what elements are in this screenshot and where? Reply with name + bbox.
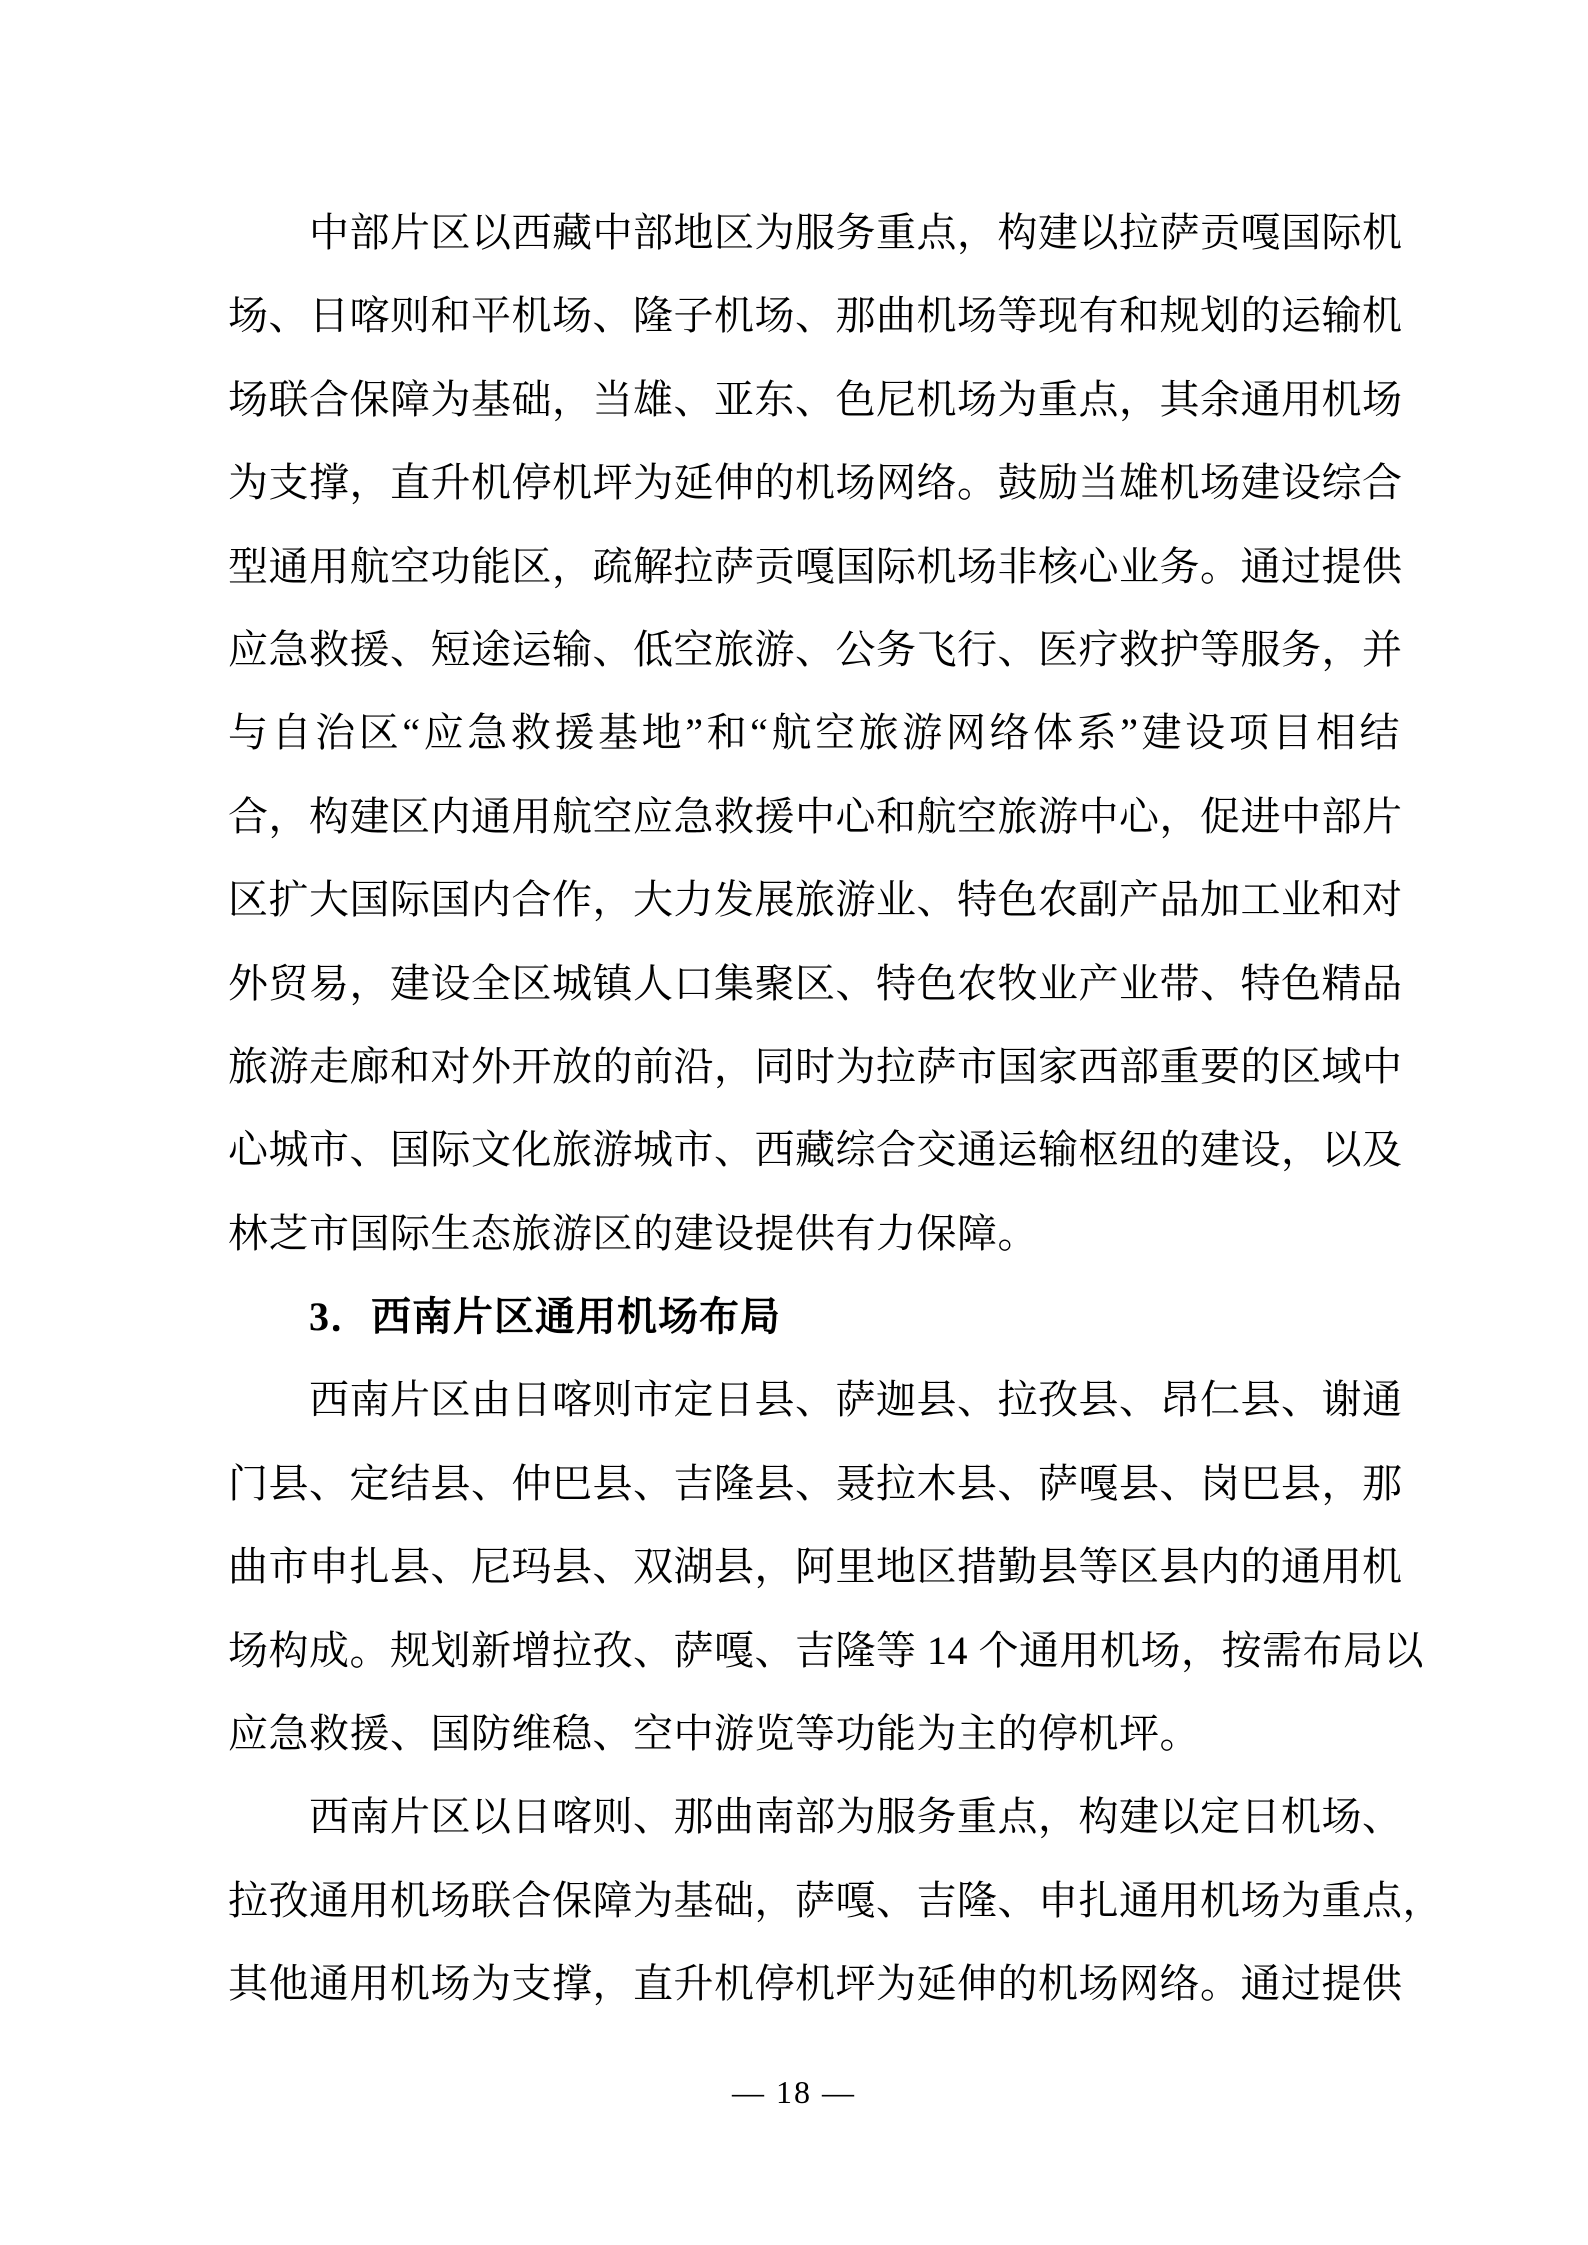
text-line: 西南片区以日喀则、那曲南部为服务重点，构建以定日机场、 <box>228 1775 1400 1858</box>
text-line: 曲市申扎县、尼玛县、双湖县，阿里地区措勤县等区县内的通用机 <box>228 1525 1400 1608</box>
text-line: 为支撑，直升机停机坪为延伸的机场网络。鼓励当雄机场建设综合 <box>228 441 1400 524</box>
text-line: 外贸易，建设全区城镇人口集聚区、特色农牧业产业带、特色精品 <box>228 942 1400 1025</box>
page-footer: — 18 — <box>0 2062 1588 2122</box>
text-line: 林芝市国际生态旅游区的建设提供有力保障。 <box>228 1192 1400 1275</box>
text-line: 旅游走廊和对外开放的前沿，同时为拉萨市国家西部重要的区域中 <box>228 1025 1400 1108</box>
text-line: 合，构建区内通用航空应急救援中心和航空旅游中心，促进中部片 <box>228 775 1400 858</box>
text-block: 中部片区以西藏中部地区为服务重点，构建以拉萨贡嘎国际机场、日喀则和平机场、隆子机… <box>228 191 1400 2026</box>
text-line: 区扩大国际国内合作，大力发展旅游业、特色农副产品加工业和对 <box>228 858 1400 941</box>
text-line: 场构成。规划新增拉孜、萨嘎、吉隆等 14 个通用机场，按需布局以 <box>228 1609 1400 1692</box>
text-line: 型通用航空功能区，疏解拉萨贡嘎国际机场非核心业务。通过提供 <box>228 525 1400 608</box>
section-heading: 3．西南片区通用机场布局 <box>228 1275 1400 1358</box>
text-line: 场、日喀则和平机场、隆子机场、那曲机场等现有和规划的运输机 <box>228 274 1400 357</box>
text-line: 门县、定结县、仲巴县、吉隆县、聂拉木县、萨嘎县、岗巴县，那 <box>228 1442 1400 1525</box>
text-line: 西南片区由日喀则市定日县、萨迦县、拉孜县、昂仁县、谢通 <box>228 1358 1400 1441</box>
text-line: 场联合保障为基础，当雄、亚东、色尼机场为重点，其余通用机场 <box>228 358 1400 441</box>
document-page: 中部片区以西藏中部地区为服务重点，构建以拉萨贡嘎国际机场、日喀则和平机场、隆子机… <box>0 0 1588 2245</box>
text-line: 心城市、国际文化旅游城市、西藏综合交通运输枢纽的建设，以及 <box>228 1108 1400 1191</box>
text-line: 拉孜通用机场联合保障为基础，萨嘎、吉隆、申扎通用机场为重点， <box>228 1859 1400 1942</box>
text-line: 应急救援、短途运输、低空旅游、公务飞行、医疗救护等服务，并 <box>228 608 1400 691</box>
text-line: 应急救援、国防维稳、空中游览等功能为主的停机坪。 <box>228 1692 1400 1775</box>
text-line: 其他通用机场为支撑，直升机停机坪为延伸的机场网络。通过提供 <box>228 1942 1400 2025</box>
text-line: 中部片区以西藏中部地区为服务重点，构建以拉萨贡嘎国际机 <box>228 191 1400 274</box>
text-line: 与自治区“应急救援基地”和“航空旅游网络体系”建设项目相结 <box>228 691 1400 774</box>
page-number: — 18 — <box>732 2074 856 2110</box>
